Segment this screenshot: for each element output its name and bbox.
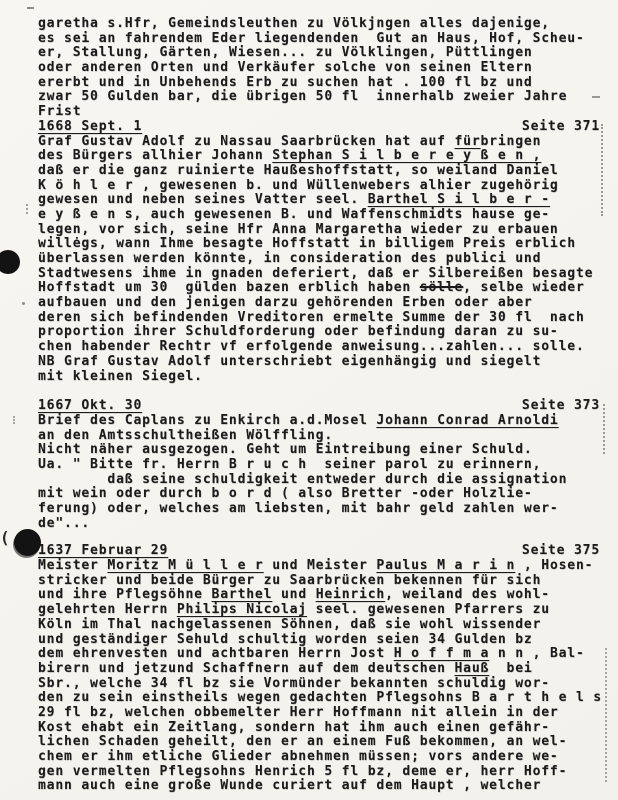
- text-line: Stadtwesens ihme in gnaden deferiert, da…: [38, 267, 600, 282]
- scan-artifact: [603, 404, 605, 454]
- text-line: aufbauen und den jenigen darzu gehörende…: [38, 296, 600, 311]
- ink-blot: [0, 250, 20, 274]
- text-line: willėgs, wann Ihme besagte Hoffstatt in …: [38, 237, 600, 252]
- text-line: NB Graf Gustav Adolf unterschriebt eigen…: [38, 355, 600, 370]
- entry-heading: 1637 Februar 29 Seite 375: [38, 544, 600, 559]
- entry-heading: 1667 Okt. 30 Seite 373: [38, 399, 600, 414]
- text-line: lichen Schaden geheilt, den er an einem …: [38, 735, 600, 750]
- text-line: Nicht näher ausgezogen. Geht um Eintreib…: [38, 443, 600, 458]
- scan-artifact: [592, 96, 600, 98]
- text-line: 29 fl bz, welchen obbemelter Herr Hoffma…: [38, 706, 600, 721]
- text-line: überlassen werden könnte, in considerati…: [38, 252, 600, 267]
- text-line: mit kleinen Siegel.: [38, 370, 600, 385]
- scan-artifact: [22, 302, 25, 305]
- entry-1668-sept-1: 1668 Sept. 1 Seite 371 Graf Gustav Adolf…: [38, 120, 600, 384]
- text-line: de"...: [38, 517, 600, 532]
- entry-body: Graf Gustav Adolf zu Nassau Saarbrücken …: [38, 135, 600, 385]
- margin-paren-mark: (: [0, 528, 10, 547]
- scan-artifact: [13, 416, 15, 424]
- text-line: proportion ihrer Schuldforderung oder be…: [38, 325, 600, 340]
- text-line: stricker und beide Bürger zu Saarbrücken…: [38, 574, 600, 589]
- text-line: Brief des Caplans zu Enkirch a.d.Mosel J…: [38, 414, 600, 429]
- text-line: oder anderen Orten und Verkäufer solche …: [38, 61, 600, 76]
- text-line: gelehrten Herrn Philips Nicolaj seel. ge…: [38, 603, 600, 618]
- scan-artifact: [26, 204, 28, 214]
- text-line: daß seine schuldigkeit entweder durch di…: [38, 473, 600, 488]
- text-line: dem ehrenvesten und achtbaren Herrn Jost…: [38, 647, 600, 662]
- page-reference: Seite 375: [522, 544, 600, 559]
- text-line: es sei an fahrendem Eder liegendenden Gu…: [38, 32, 600, 47]
- text-line: deren sich befindenden Vreditoren ermelt…: [38, 311, 600, 326]
- page-reference: Seite 371: [522, 120, 600, 135]
- text-line: des Bürgers allhier Johann Stephan S i l…: [38, 149, 600, 164]
- text-line: Ua. " Bitte fr. Herrn B r u c h seiner p…: [38, 458, 600, 473]
- text-line: birern und jetzund Schaffnern auf dem de…: [38, 662, 600, 677]
- text-line: den zu sein einstheils wegen gedachten P…: [38, 691, 600, 706]
- text-line: Hoffstadt um 30 gülden bazen erblich hab…: [38, 281, 600, 296]
- page-reference: Seite 373: [522, 399, 600, 414]
- text-line: Frist: [38, 105, 600, 120]
- text-line: legen, vor sich, seine Hfr Anna Margaret…: [38, 223, 600, 238]
- entry-date: 1668 Sept. 1: [38, 120, 142, 135]
- scan-artifact: [27, 7, 34, 9]
- text-line: Sbr., welche 34 fl bz sie Vormünder beka…: [38, 677, 600, 692]
- text-line: chen habender Rechtr vf erfolgende anwei…: [38, 340, 600, 355]
- text-line: e y ß e n s, auch gewesenen B. und Waffe…: [38, 208, 600, 223]
- text-line: er, Stallung, Gärten, Wiesen... zu Völkl…: [38, 46, 600, 61]
- text-line: garetha s.Hfr, Gemeindsleuthen zu Völkjn…: [38, 17, 600, 32]
- entry-body: Brief des Caplans zu Enkirch a.d.Mosel J…: [38, 414, 600, 532]
- text-line: gen vermelten Pflegsohns Henrich 5 fl bz…: [38, 765, 600, 780]
- entry-date: 1637 Februar 29: [38, 544, 168, 559]
- text-line: ferung) oder, welches am liebsten, mit b…: [38, 502, 600, 517]
- entry-1667-okt-30: 1667 Okt. 30 Seite 373 Brief des Caplans…: [38, 399, 600, 531]
- text-line: ererbt und in Unbehends Erb zu suchen ha…: [38, 76, 600, 91]
- text-line: und geständiger Sehuld schultig worden s…: [38, 633, 600, 648]
- text-line: K ö h l e r , gewesenen b. und Wüllenweb…: [38, 179, 600, 194]
- entry-1637-februar-29: 1637 Februar 29 Seite 375 Meister Moritz…: [38, 544, 600, 794]
- text-line: mann auch eine große Wunde curiert auf d…: [38, 779, 600, 794]
- text-line: Kost ehabt ein Zeitlang, sondern hat ihm…: [38, 721, 600, 736]
- ink-blot: [14, 529, 41, 556]
- entry-date: 1667 Okt. 30: [38, 399, 142, 414]
- scan-artifact: [601, 124, 603, 216]
- text-line: und ihre Pflegsöhne Barthel und Heinrich…: [38, 588, 600, 603]
- text-line: daß er die ganz ruinierte Haußeshoffstat…: [38, 164, 600, 179]
- text-line: Köln im Thal nachgelassenen Söhnen, daß …: [38, 618, 600, 633]
- text-line: Meister Moritz M ü l l e r und Meister P…: [38, 559, 600, 574]
- scan-artifact: [605, 648, 607, 782]
- text-line: chem er ihm etliche Glieder abnehmen müs…: [38, 750, 600, 765]
- text-line: zwar 50 Gulden bar, die übrigen 50 fl in…: [38, 90, 600, 105]
- entry-body: Meister Moritz M ü l l e r und Meister P…: [38, 559, 600, 794]
- text-line: mit wein oder durch b o r d ( also Brett…: [38, 487, 600, 502]
- text-line: Graf Gustav Adolf zu Nassau Saarbrücken …: [38, 135, 600, 150]
- intro-paragraph: garetha s.Hfr, Gemeindsleuthen zu Völkjn…: [38, 17, 600, 120]
- typewritten-text-block: garetha s.Hfr, Gemeindsleuthen zu Völkjn…: [38, 17, 600, 794]
- text-line: gewesen und neben seines Vatter seel. Ba…: [38, 193, 600, 208]
- scanned-document-page: garetha s.Hfr, Gemeindsleuthen zu Völkjn…: [0, 0, 618, 800]
- text-line: an den Amtsschultheißen Wölffling.: [38, 429, 600, 444]
- entry-heading: 1668 Sept. 1 Seite 371: [38, 120, 600, 135]
